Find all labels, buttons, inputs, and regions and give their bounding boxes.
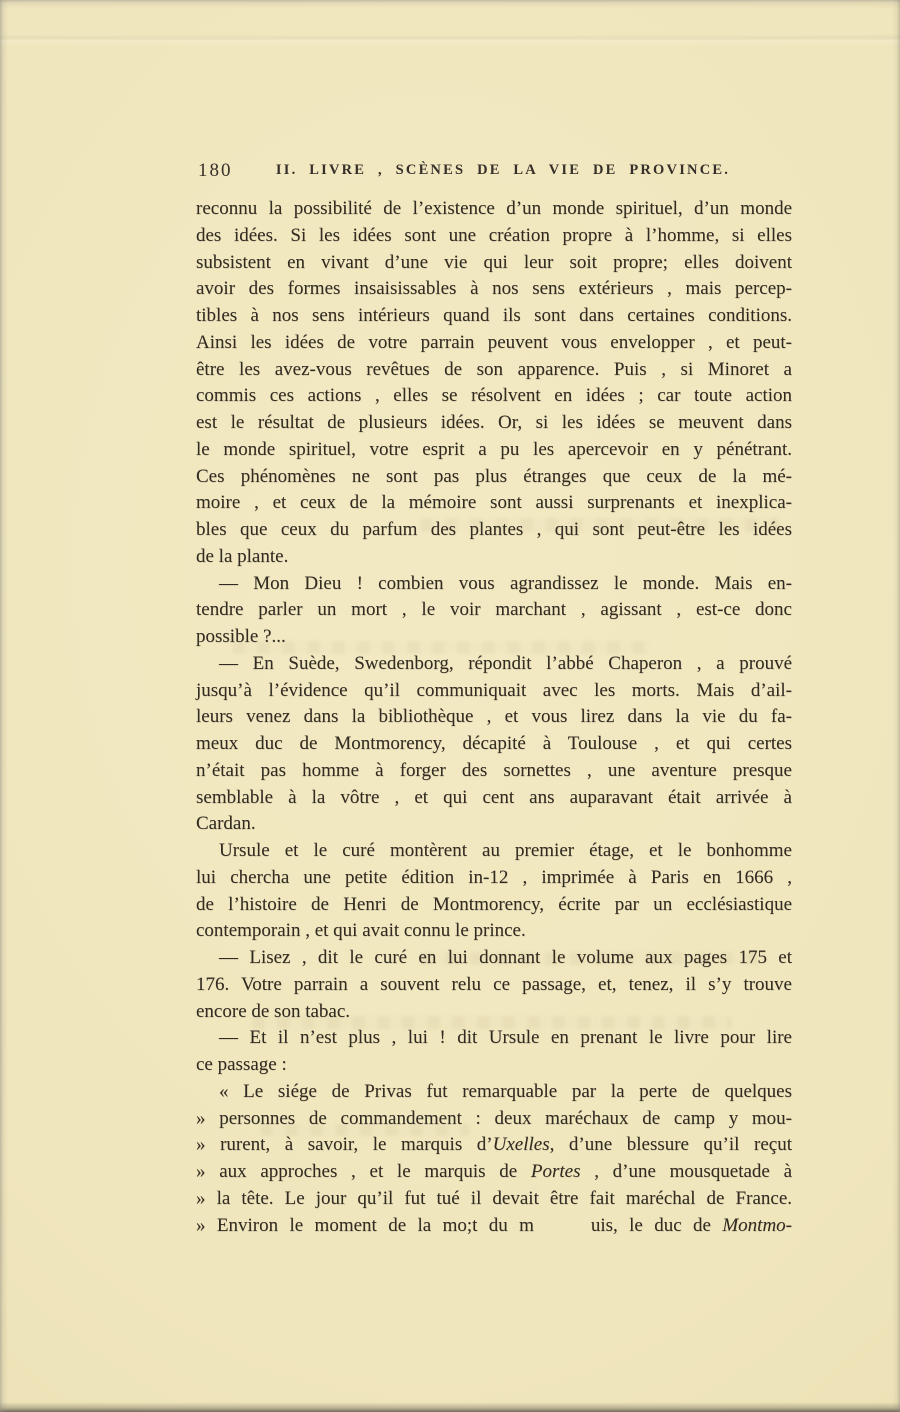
text-segment: « Le siége de Privas fut remarquable par… (219, 1081, 792, 1102)
text-line: contemporain , et qui avait connu le pri… (196, 918, 792, 945)
text-line: — Mon Dieu ! combien vous agrandissez le… (196, 571, 792, 598)
text-segment: meux duc de Montmorency, décapité à Toul… (196, 733, 792, 754)
text-line: Ursule et le curé montèrent au premier é… (196, 838, 792, 865)
text-line: est le résultat de plusieurs idées. Or, … (196, 410, 792, 437)
text-segment: Cardan. (196, 813, 256, 834)
book-page: 180 II. LIVRE , SCÈNES DE LA VIE DE PROV… (0, 0, 900, 1412)
text-segment: lui chercha une petite édition in-12 , i… (196, 867, 792, 888)
text-segment: » personnes de commandement : deux maréc… (196, 1108, 792, 1129)
text-segment: tendre parler un mort , le voir marchant… (196, 599, 792, 620)
text-segment: semblable à la vôtre , et qui cent ans a… (196, 787, 792, 808)
text-line: n’était pas homme à forger des sornettes… (196, 758, 792, 785)
text-line: encore de son tabac. (196, 999, 792, 1026)
text-line: 176. Votre parrain a souvent relu ce pas… (196, 972, 792, 999)
text-segment: reconnu la possibilité de l’existence d’… (196, 198, 792, 219)
text-line: » la tête. Le jour qu’il fut tué il deva… (196, 1186, 792, 1213)
text-segment: moire , et ceux de la mémoire sont aussi… (196, 492, 792, 513)
text-line: semblable à la vôtre , et qui cent ans a… (196, 785, 792, 812)
text-line: de l’histoire de Henri de Montmorency, é… (196, 892, 792, 919)
text-segment: , d’une mousquetade à (581, 1161, 793, 1182)
text-line: lui chercha une petite édition in-12 , i… (196, 865, 792, 892)
italic-text: Montmo- (722, 1215, 792, 1236)
text-line: des idées. Si les idées sont une créatio… (196, 223, 792, 250)
text-segment: — Lisez , dit le curé en lui donnant le … (219, 947, 792, 968)
text-segment: » rurent, à savoir, le marquis d’ (196, 1134, 493, 1155)
text-line: » personnes de commandement : deux maréc… (196, 1106, 792, 1133)
text-line: être les avez-vous revêtues de son appar… (196, 357, 792, 384)
italic-text: Uxelles, (493, 1134, 555, 1155)
text-line: — Et il n’est plus , lui ! dit Ursule en… (196, 1025, 792, 1052)
text-segment: contemporain , et qui avait connu le pri… (196, 920, 526, 941)
text-segment: possible ?... (196, 626, 286, 647)
text-segment: Ursule et le curé montèrent au premier é… (219, 840, 792, 861)
text-line: tibles à nos sens intérieurs quand ils s… (196, 303, 792, 330)
text-segment: commis ces actions , elles se résolvent … (196, 385, 792, 406)
text-line: jusqu’à l’évidence qu’il communiquait av… (196, 678, 792, 705)
text-segment: de la plante. (196, 546, 288, 567)
page-number: 180 (198, 160, 233, 182)
text-segment: » la tête. Le jour qu’il fut tué il deva… (196, 1188, 792, 1209)
text-line: de la plante. (196, 544, 792, 571)
text-segment: » Environ le moment de la mo;t du m uis,… (196, 1215, 722, 1236)
text-line: le monde spirituel, votre esprit a pu le… (196, 437, 792, 464)
text-segment: Ainsi les idées de votre parrain peuvent… (196, 332, 792, 353)
text-segment: tibles à nos sens intérieurs quand ils s… (196, 305, 792, 326)
text-segment: — Et il n’est plus , lui ! dit Ursule en… (219, 1027, 792, 1048)
text-line: Cardan. (196, 811, 792, 838)
text-segment: — En Suède, Swedenborg, répondit l’abbé … (219, 653, 792, 674)
text-segment: encore de son tabac. (196, 1001, 350, 1022)
text-line: commis ces actions , elles se résolvent … (196, 383, 792, 410)
text-line: ce passage : (196, 1052, 792, 1079)
text-segment: n’était pas homme à forger des sornettes… (196, 760, 792, 781)
italic-text: Portes (531, 1161, 581, 1182)
text-segment: subsistent en vivant d’une vie qui leur … (196, 252, 792, 273)
running-title: II. LIVRE , SCÈNES DE LA VIE DE PROVINCE… (196, 158, 792, 179)
text-line: » rurent, à savoir, le marquis d’Uxelles… (196, 1132, 792, 1159)
text-segment: être les avez-vous revêtues de son appar… (196, 359, 792, 380)
text-line: » aux approches , et le marquis de Porte… (196, 1159, 792, 1186)
text-line: moire , et ceux de la mémoire sont aussi… (196, 490, 792, 517)
text-segment: des idées. Si les idées sont une créatio… (196, 225, 792, 246)
text-line: possible ?... (196, 624, 792, 651)
text-line: meux duc de Montmorency, décapité à Toul… (196, 731, 792, 758)
text-line: » Environ le moment de la mo;t du m uis,… (196, 1213, 792, 1240)
text-segment: avoir des formes insaisissables à nos se… (196, 278, 792, 299)
text-line: reconnu la possibilité de l’existence d’… (196, 196, 792, 223)
text-segment: bles que ceux du parfum des plantes , qu… (196, 519, 792, 540)
text-line: — Lisez , dit le curé en lui donnant le … (196, 945, 792, 972)
text-segment: le monde spirituel, votre esprit a pu le… (196, 439, 792, 460)
text-segment: de l’histoire de Henri de Montmorency, é… (196, 894, 792, 915)
text-line: « Le siége de Privas fut remarquable par… (196, 1079, 792, 1106)
text-line: tendre parler un mort , le voir marchant… (196, 597, 792, 624)
text-line: subsistent en vivant d’une vie qui leur … (196, 250, 792, 277)
text-segment: leurs venez dans la bibliothèque , et vo… (196, 706, 792, 727)
text-line: leurs venez dans la bibliothèque , et vo… (196, 704, 792, 731)
text-line: Ces phénomènes ne sont pas plus étranges… (196, 464, 792, 491)
text-segment: 176. Votre parrain a souvent relu ce pas… (196, 974, 792, 995)
text-line: Ainsi les idées de votre parrain peuvent… (196, 330, 792, 357)
text-line: avoir des formes insaisissables à nos se… (196, 276, 792, 303)
text-segment: jusqu’à l’évidence qu’il communiquait av… (196, 680, 792, 701)
text-line: — En Suède, Swedenborg, répondit l’abbé … (196, 651, 792, 678)
text-block: 180 II. LIVRE , SCÈNES DE LA VIE DE PROV… (196, 158, 792, 1239)
text-segment: est le résultat de plusieurs idées. Or, … (196, 412, 792, 433)
text-segment: — Mon Dieu ! combien vous agrandissez le… (219, 573, 792, 594)
text-segment: ce passage : (196, 1054, 287, 1075)
page-header: 180 II. LIVRE , SCÈNES DE LA VIE DE PROV… (196, 158, 792, 188)
body-text: reconnu la possibilité de l’existence d’… (196, 196, 792, 1239)
text-segment: » aux approches , et le marquis de (196, 1161, 531, 1182)
text-line: bles que ceux du parfum des plantes , qu… (196, 517, 792, 544)
text-segment: d’une blessure qu’il reçut (554, 1134, 792, 1155)
text-segment: Ces phénomènes ne sont pas plus étranges… (196, 466, 792, 487)
